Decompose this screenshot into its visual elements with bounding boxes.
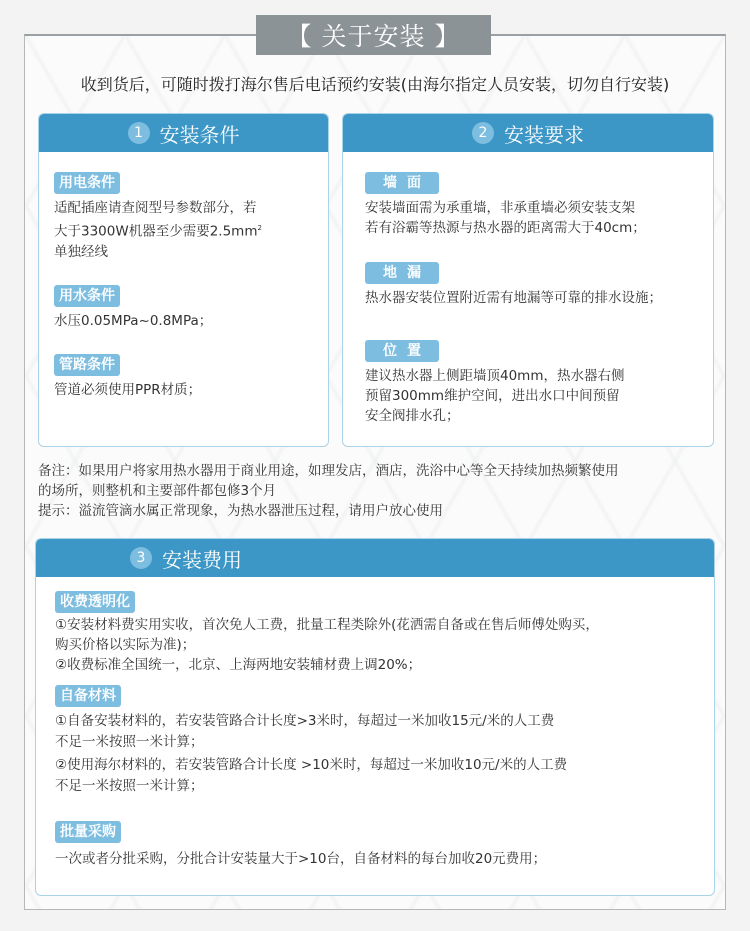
card-title: 安装条件	[160, 119, 240, 148]
section-bulk-purchase: 批量采购 一次或者分批采购，分批合计安装量大于>10台，自备材料的每台加收20元…	[55, 821, 704, 869]
text-fragment: 大于3300W机器至少需要2.5mm	[54, 224, 257, 240]
superscript: 2	[257, 224, 261, 232]
text-line: 预留300mm维护空间，进出水口中间预留	[365, 386, 703, 406]
section-text: 水压0.05MPa~0.8MPa；	[54, 311, 318, 331]
section-water: 用水条件 水压0.05MPa~0.8MPa；	[54, 285, 318, 331]
page-title: 【 关于安装 】	[256, 15, 491, 55]
text-line: 适配插座请查阅型号参数部分，若	[54, 198, 318, 218]
section-tag: 墙面	[365, 172, 439, 194]
text-line: 热水器安装位置附近需有地漏等可靠的排水设施；	[365, 288, 703, 308]
text-line: ②收费标准全国统一，北京、上海两地安装辅材费上调20%；	[55, 655, 704, 675]
notes: 备注：如果用户将家用热水器用于商业用途，如理发店，酒店，洗浴中心等全天持续加热频…	[38, 461, 718, 521]
section-text: 建议热水器上侧距墙顶40mm，热水器右侧 预留300mm维护空间，进出水口中间预…	[365, 366, 703, 426]
text-line: 不足一米按照一米计算；	[55, 732, 704, 753]
card-install-fees: 3 安装费用 收费透明化 ①安装材料费实用实收，首次免人工费，批量工程类除外(花…	[35, 538, 715, 896]
section-text: ①自备安装材料的，若安装管路合计长度>3米时，每超过一米加收15元/米的人工费 …	[55, 711, 704, 797]
section-text: 适配插座请查阅型号参数部分，若 大于3300W机器至少需要2.5mm2 单独经线	[54, 198, 318, 262]
intro-text: 收到货后，可随时拨打海尔售后电话预约安装(由海尔指定人员安装，切勿自行安装)	[24, 72, 726, 95]
card-header: 2 安装要求	[343, 114, 713, 152]
section-tag: 自备材料	[55, 685, 121, 707]
note-line: 备注：如果用户将家用热水器用于商业用途，如理发店，酒店，洗浴中心等全天持续加热频…	[38, 461, 718, 481]
note-line: 提示：溢流管滴水属正常现象，为热水器泄压过程，请用户放心使用	[38, 501, 718, 521]
section-text: ①安装材料费实用实收，首次免人工费，批量工程类除外(花洒需自备或在售后师傅处购买…	[55, 615, 704, 675]
number-badge: 2	[472, 122, 494, 144]
text-line: ①自备安装材料的，若安装管路合计长度>3米时，每超过一米加收15元/米的人工费	[55, 711, 704, 732]
text-line: 安全阀排水孔；	[365, 406, 703, 426]
section-text: 安装墙面需为承重墙，非承重墙必须安装支架 若有浴霸等热源与热水器的距离需大于40…	[365, 198, 703, 238]
text-line: 水压0.05MPa~0.8MPa；	[54, 311, 318, 331]
section-text: 热水器安装位置附近需有地漏等可靠的排水设施；	[365, 288, 703, 308]
card-header: 1 安装条件	[39, 114, 328, 152]
section-tag: 批量采购	[55, 821, 121, 843]
text-line: 不足一米按照一米计算；	[55, 776, 704, 797]
card-header: 3 安装费用	[36, 539, 714, 577]
section-position: 位置 建议热水器上侧距墙顶40mm，热水器右侧 预留300mm维护空间，进出水口…	[365, 340, 703, 426]
text-line: 购买价格以实际为准)；	[55, 635, 704, 655]
card-title: 安装费用	[162, 544, 242, 573]
text-line: 建议热水器上侧距墙顶40mm，热水器右侧	[365, 366, 703, 386]
section-tag: 管路条件	[54, 354, 120, 376]
text-line: 单独经线	[54, 242, 318, 262]
section-wall: 墙面 安装墙面需为承重墙，非承重墙必须安装支架 若有浴霸等热源与热水器的距离需大…	[365, 172, 703, 238]
text-line: ①安装材料费实用实收，首次免人工费，批量工程类除外(花洒需自备或在售后师傅处购买…	[55, 615, 704, 635]
section-tag: 用电条件	[54, 172, 120, 194]
number-badge: 3	[130, 547, 152, 569]
text-line: 一次或者分批采购，分批合计安装量大于>10台，自备材料的每台加收20元费用；	[55, 849, 704, 869]
note-line: 的场所，则整机和主要部件都包修3个月	[38, 481, 718, 501]
section-text: 管道必须使用PPR材质；	[54, 380, 318, 400]
section-text: 一次或者分批采购，分批合计安装量大于>10台，自备材料的每台加收20元费用；	[55, 849, 704, 869]
text-line: 大于3300W机器至少需要2.5mm2	[54, 218, 318, 242]
section-own-materials: 自备材料 ①自备安装材料的，若安装管路合计长度>3米时，每超过一米加收15元/米…	[55, 685, 704, 797]
text-line: 若有浴霸等热源与热水器的距离需大于40cm；	[365, 218, 703, 238]
section-tag: 收费透明化	[55, 591, 135, 613]
section-tag: 地漏	[365, 262, 439, 284]
text-line: 管道必须使用PPR材质；	[54, 380, 318, 400]
section-floor-drain: 地漏 热水器安装位置附近需有地漏等可靠的排水设施；	[365, 262, 703, 308]
section-electric: 用电条件 适配插座请查阅型号参数部分，若 大于3300W机器至少需要2.5mm2…	[54, 172, 318, 262]
section-tag: 位置	[365, 340, 439, 362]
text-line: 安装墙面需为承重墙，非承重墙必须安装支架	[365, 198, 703, 218]
section-transparent-fees: 收费透明化 ①安装材料费实用实收，首次免人工费，批量工程类除外(花洒需自备或在售…	[55, 591, 704, 675]
section-tag: 用水条件	[54, 285, 120, 307]
number-badge: 1	[128, 122, 150, 144]
text-line: ②使用海尔材料的，若安装管路合计长度 >10米时，每超过一米加收10元/米的人工…	[55, 755, 704, 776]
card-title: 安装要求	[504, 119, 584, 148]
card-install-conditions: 1 安装条件 用电条件 适配插座请查阅型号参数部分，若 大于3300W机器至少需…	[38, 113, 329, 447]
card-install-requirements: 2 安装要求 墙面 安装墙面需为承重墙，非承重墙必须安装支架 若有浴霸等热源与热…	[342, 113, 714, 447]
section-pipe: 管路条件 管道必须使用PPR材质；	[54, 354, 318, 400]
